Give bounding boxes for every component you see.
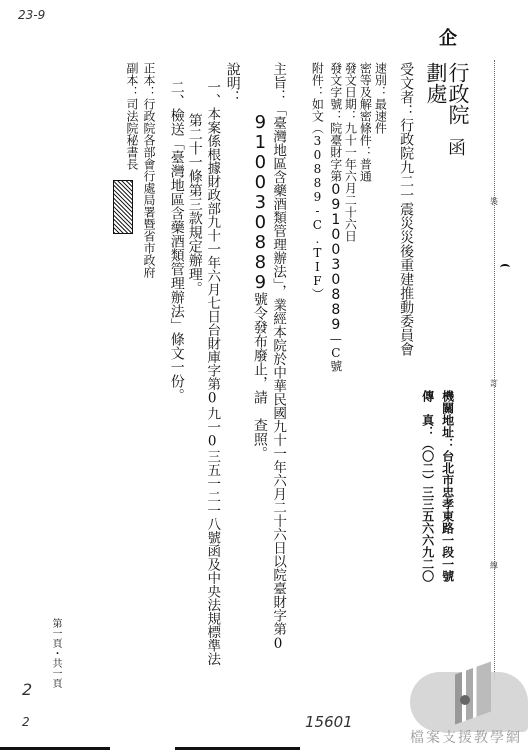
- handwritten-mark-2: 2: [22, 715, 30, 729]
- recipient-field: 受文者：行政院九二一震災災後重建推動委員會: [398, 62, 414, 356]
- subject-line-1: 主旨：「臺灣地區含藥酒類管理辦法」，業經本院於中華民國九十一年六月二十六日以院臺…: [270, 62, 286, 652]
- explanation-item-1-cont: 第二十一條第三款規定辦理。: [186, 113, 203, 295]
- secrecy-field: 密等及解密條件：普通: [358, 62, 372, 182]
- issuing-org: 行政院: [447, 62, 468, 125]
- handwritten-mark: 2: [22, 680, 32, 699]
- watermark-keyhole-icon: [460, 695, 470, 705]
- binding-mark-zhuang: 裝: [490, 196, 498, 207]
- doc-number-value: 0910030889: [328, 182, 344, 332]
- explanation-item-2: 二、檢送「臺灣地區含藥酒類管理辦法」條文一份。: [168, 80, 185, 402]
- date-field: 發文日期：九十一年六月二十六日: [343, 62, 357, 242]
- subject-closing: 號令發布廢止，請 查照。: [252, 292, 268, 460]
- binding-mark-ding: 訂: [490, 378, 498, 389]
- copy-recipients: 副本：司法院秘書長: [124, 62, 139, 170]
- subject-doc-number: 910030889: [250, 112, 271, 292]
- doc-number-suffix: —C號: [329, 332, 343, 372]
- binding-mark-xian: 線: [490, 560, 498, 571]
- explanation-label: 說明：: [224, 62, 241, 104]
- agency-address: 機關地址：台北市忠孝東路一段一號: [440, 390, 455, 582]
- header-top-char: 企: [437, 28, 455, 46]
- doc-number-label: 發文字號：院臺財字第: [329, 62, 343, 182]
- doc-type: 函: [446, 138, 464, 156]
- original-recipients: 正本：行政院各部會行處局署暨省市政府: [141, 62, 156, 278]
- watermark-text: 檔案支援教學網: [410, 727, 522, 747]
- doc-number-field: 發文字號：院臺財字第0910030889—C號: [327, 62, 344, 372]
- attachment-field: 附件：如文（30889-C.TIF）: [310, 62, 324, 300]
- speed-field: 速別：最速件: [373, 62, 387, 134]
- binding-dotted-line: [494, 60, 495, 680]
- binding-hole-mark: [500, 264, 510, 271]
- handwritten-page-number: 15601: [305, 713, 353, 731]
- page-indicator: 第一頁・共一頁: [50, 618, 61, 688]
- subject-line-2: 910030889號令發布廢止，請 查照。: [250, 112, 269, 460]
- explanation-item-1: 一、本案係根據財政部九十一年六月七日台財庫字第0九一0三五一二一八號函及中央法規…: [204, 80, 220, 666]
- handwritten-file-number: 23-9: [18, 8, 45, 22]
- fax-number: 傳 真：（〇二）三三五六六九二〇: [420, 390, 435, 582]
- official-stamp: [113, 180, 133, 234]
- issuing-org-dept: 劃處: [425, 62, 446, 104]
